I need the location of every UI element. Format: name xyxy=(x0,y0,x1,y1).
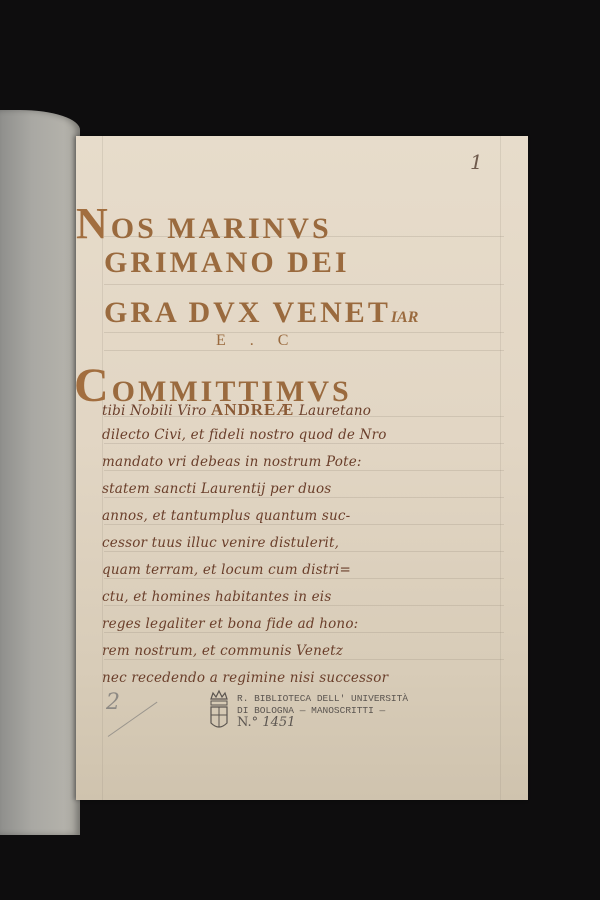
body-line: tibi Nobili Viro ANDREÆ Lauretano xyxy=(102,400,371,420)
ruled-line xyxy=(104,524,504,525)
body-line: reges legaliter et bona fide ad hono: xyxy=(102,616,358,632)
body-line: rem nostrum, et communis Venetz xyxy=(102,643,343,659)
ruled-line xyxy=(104,605,504,606)
heading-line-3: GRA DVX VENETIAR xyxy=(104,296,418,330)
ruled-line xyxy=(104,332,504,333)
stamp-line-1: R. BIBLIOTECA DELL' UNIVERSITÀ xyxy=(237,693,408,705)
ruled-line xyxy=(104,659,504,660)
ruled-line xyxy=(104,443,504,444)
ruled-line xyxy=(104,632,504,633)
body-line: mandato vri debeas in nostrum Pote: xyxy=(102,454,362,470)
ruled-line xyxy=(104,497,504,498)
heading-line-2: GRIMANO DEI xyxy=(104,246,350,280)
facing-page-edge xyxy=(0,110,80,835)
body-line: nec recedendo a regimine nisi successor xyxy=(102,670,388,686)
stamp-number: N.° 1451 xyxy=(237,717,408,729)
ruled-line xyxy=(104,350,504,351)
ruled-line xyxy=(104,284,504,285)
heading-abbrev: E . C xyxy=(216,332,298,350)
body-line: ctu, et homines habitantes in eis xyxy=(102,589,331,605)
manuscript-page: 1 NOS MARINVS GRIMANO DEI GRA DVX VENETI… xyxy=(76,136,528,800)
crown-shield-icon xyxy=(209,689,229,733)
heading-line-1: NOS MARINVS xyxy=(76,198,332,249)
body-line: quam terram, et locum cum distri= xyxy=(102,562,351,578)
folio-number: 1 xyxy=(470,150,483,174)
body-line: dilecto Civi, et fideli nostro quod de N… xyxy=(102,427,387,443)
body-line: cessor tuus illuc venire distulerit, xyxy=(102,535,339,551)
decorated-initial: N xyxy=(76,199,111,248)
body-line: statem sancti Laurentij per duos xyxy=(102,481,331,497)
ruled-line xyxy=(104,470,504,471)
ruled-line xyxy=(104,551,504,552)
body-line: annos, et tantumplus quantum suc- xyxy=(102,508,350,524)
ruled-line xyxy=(104,578,504,579)
pencil-annotation: 2 xyxy=(106,690,120,715)
